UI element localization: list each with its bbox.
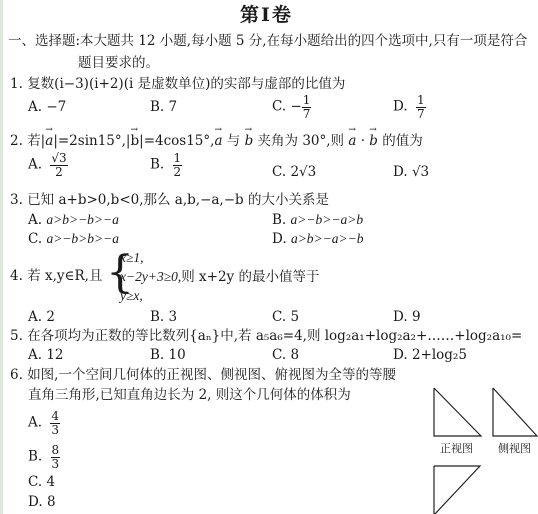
section-instructions-line1: 一、选择题:本大题共 12 小题,每小题 5 分,在每小题给出的四个选项中,只有… (8, 35, 527, 49)
q4-option-d[interactable]: D. 9 (393, 311, 421, 325)
q5-option-d[interactable]: D. 2+log₂5 (393, 349, 467, 363)
q5-option-b[interactable]: B. 10 (150, 349, 186, 363)
q1-option-c[interactable]: C. −17 (272, 94, 311, 120)
section-instructions-line2: 题目要求的。 (78, 57, 159, 71)
front-view-triangle-icon (430, 385, 484, 439)
question-text: 复数(i−3)(i+2)(i 是虚数单位)的实部与虚部的比值为 (27, 76, 345, 92)
q6-option-c[interactable]: C. 4 (28, 476, 55, 490)
question-6-stem-line2: 直角三角形,已知直角边长为 2, 则这个几何体的体积为 (28, 389, 351, 403)
q3-option-c[interactable]: C. a>−b>b>−a (28, 232, 119, 247)
question-6-stem-line1: 6. 如图,一个空间几何体的正视图、侧视图、俯视图为全等的等腰 (10, 369, 396, 383)
question-2-stem: 2. 若|a|=2sin15°,|b|=4cos15°,a 与 b 夹角为 30… (10, 135, 423, 149)
question-1-stem: 1. 复数(i−3)(i+2)(i 是虚数单位)的实部与虚部的比值为 (10, 78, 345, 92)
question-number: 5. (10, 328, 23, 344)
q3-option-b[interactable]: B. a>−b>−a>b (272, 213, 363, 228)
q2-option-a[interactable]: A. √32 (28, 152, 68, 178)
constraint-2: x−2y+3≥0,则 x+2y 的最小值等于 (120, 270, 319, 285)
vector-a: a (45, 135, 53, 149)
question-number: 6. (10, 367, 23, 383)
question-number: 4. (10, 268, 23, 284)
constraint-3: y≥x, (120, 289, 143, 304)
question-number: 1. (10, 76, 23, 92)
q2-option-d[interactable]: D. √3 (393, 166, 429, 180)
q6-option-a[interactable]: A. 43 (28, 410, 60, 436)
page-left-border (0, 0, 3, 514)
q2-option-b[interactable]: B. 12 (150, 152, 182, 178)
side-view-triangle-icon (489, 385, 538, 439)
q1-option-a[interactable]: A. −7 (28, 101, 66, 115)
q4-option-b[interactable]: B. 3 (150, 311, 177, 325)
side-view-label: 侧视图 (498, 443, 531, 454)
question-number: 3. (10, 192, 23, 208)
question-3-stem: 3. 已知 a+b>0,b<0,那么 a,b,−a,−b 的大小关系是 (10, 194, 329, 208)
q3-option-a[interactable]: A. a>b>−b>−a (28, 213, 119, 228)
q5-option-c[interactable]: C. 8 (272, 349, 299, 363)
q6-option-b[interactable]: B. 83 (28, 444, 60, 470)
q3-option-d[interactable]: D. a>b>−a>−b (272, 232, 364, 247)
top-view-triangle-icon (430, 463, 484, 514)
vector-b: b (130, 135, 139, 149)
question-text: 已知 a+b>0,b<0,那么 a,b,−a,−b 的大小关系是 (27, 192, 329, 208)
q1-option-b[interactable]: B. 7 (150, 101, 177, 115)
constraint-1: x≥1, (120, 251, 144, 266)
question-4-stem-prefix: 4. 若 x,y∈R,且 (10, 270, 102, 284)
question-5-stem: 5. 在各项均为正数的等比数列{aₙ}中,若 a₅a₆=4,则 log₂a₁+l… (10, 330, 522, 344)
question-number: 2. (10, 133, 23, 149)
q1-option-d[interactable]: D. 17 (393, 94, 426, 120)
page-title: 第Ⅰ卷 (240, 6, 293, 25)
q4-option-a[interactable]: A. 2 (28, 311, 55, 325)
front-view-label: 正视图 (440, 443, 473, 454)
q6-option-d[interactable]: D. 8 (28, 496, 56, 510)
q4-option-c[interactable]: C. 5 (272, 311, 299, 325)
question-text: 在各项均为正数的等比数列{aₙ}中,若 a₅a₆=4,则 log₂a₁+log₂… (27, 328, 522, 344)
q5-option-a[interactable]: A. 12 (28, 349, 64, 363)
q2-option-c[interactable]: C. 2√3 (272, 166, 316, 180)
